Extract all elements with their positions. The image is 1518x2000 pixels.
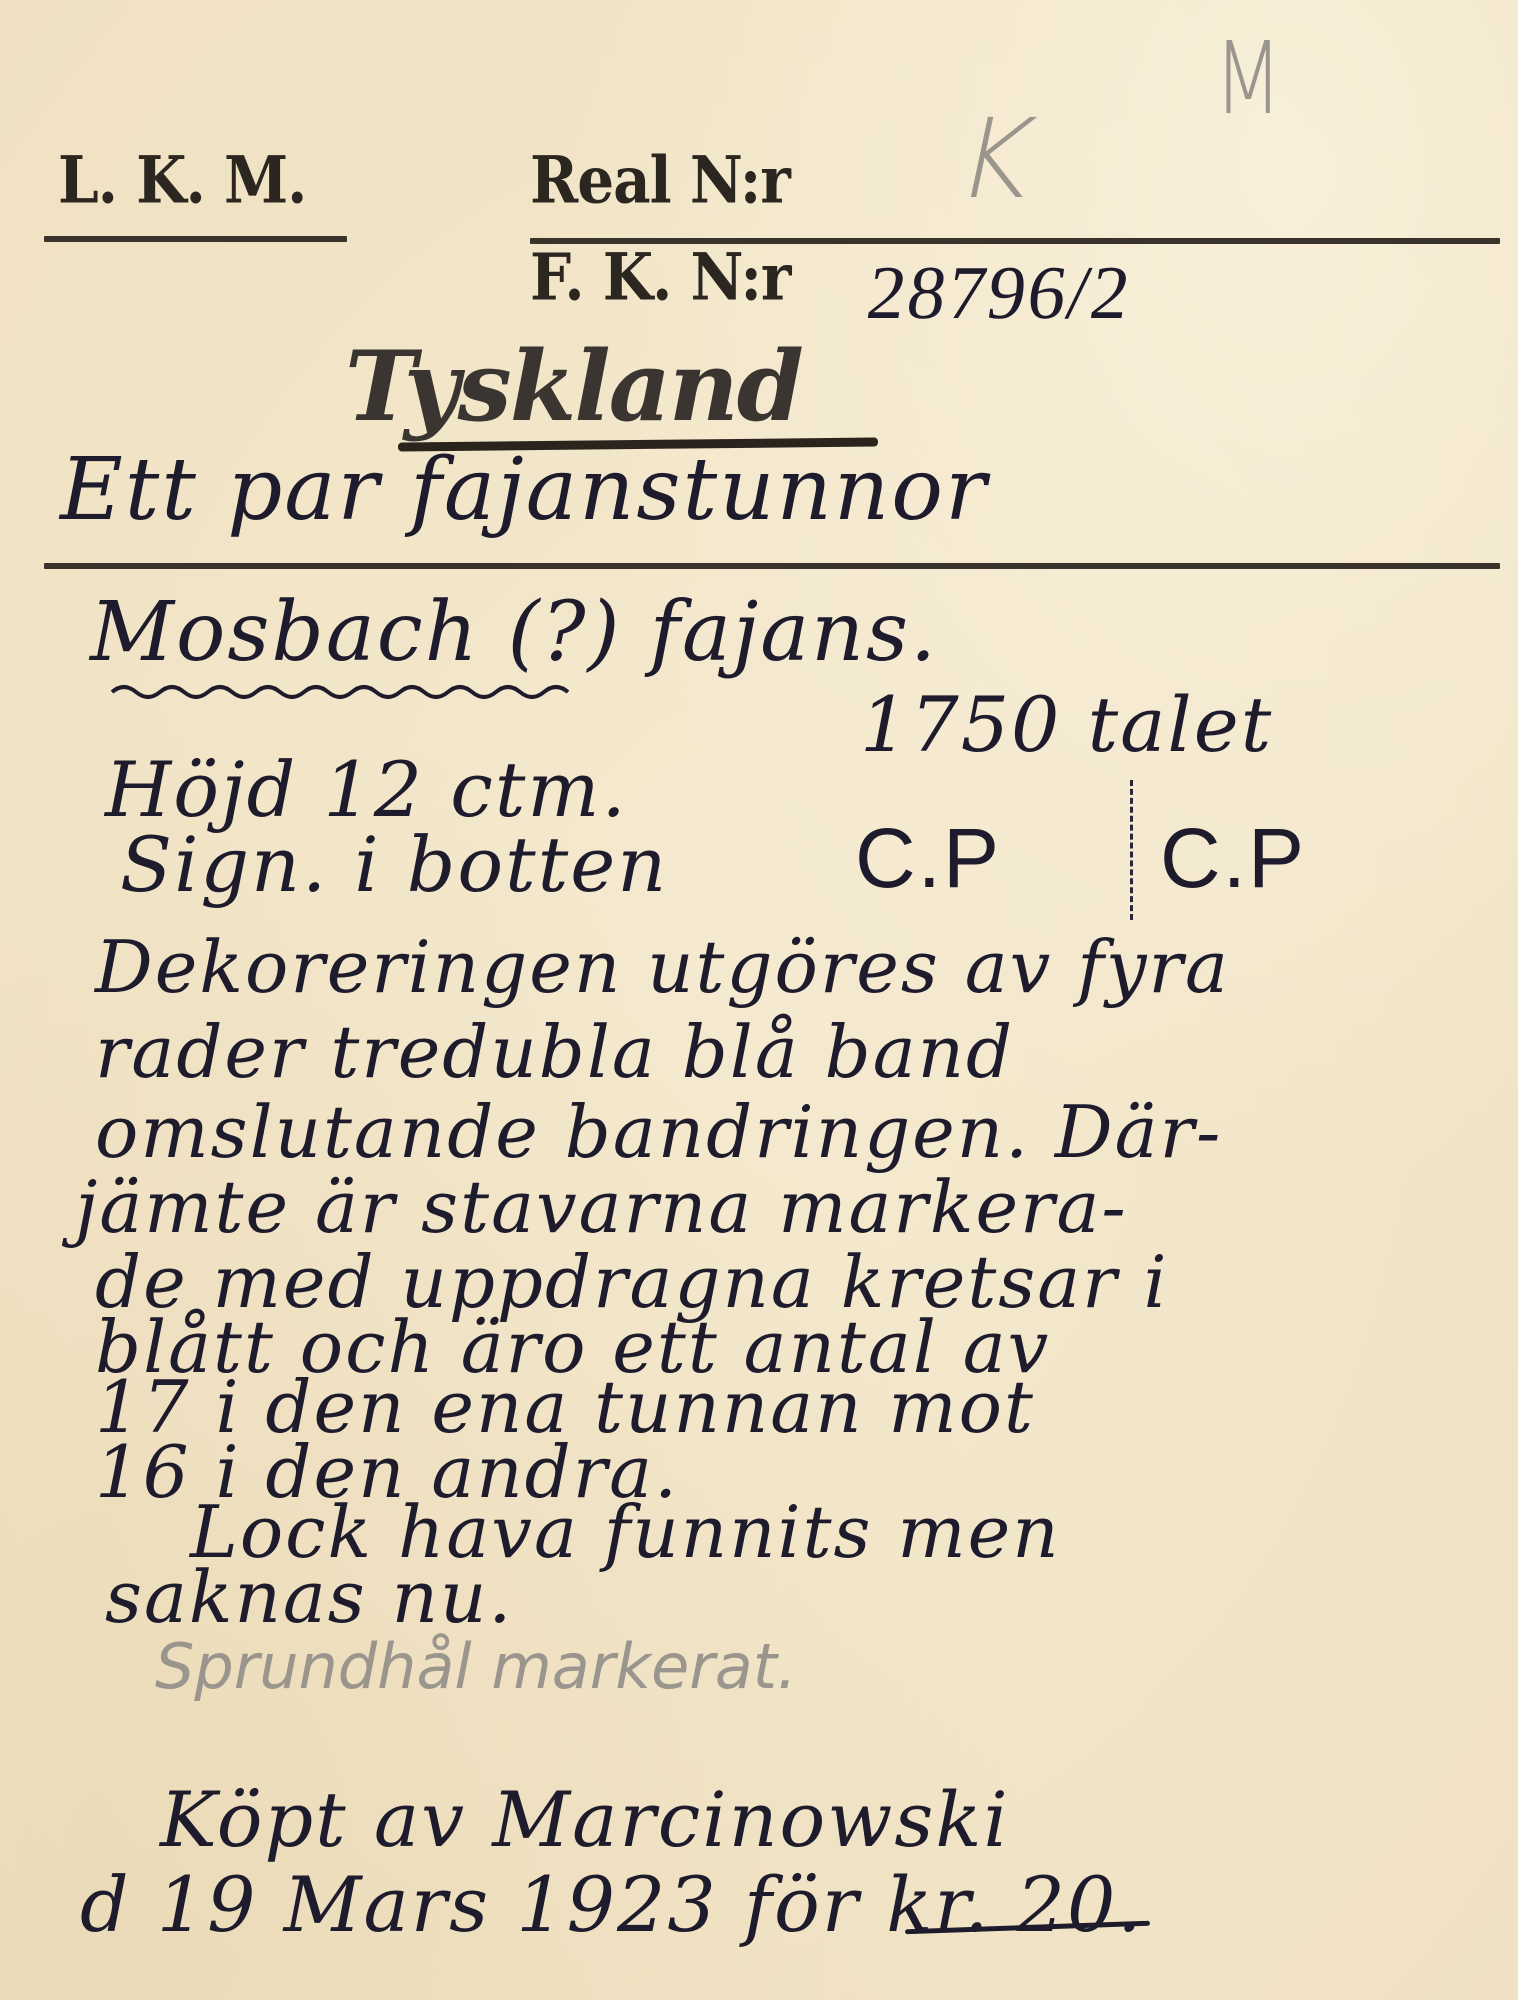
description-line: saknas nu.: [105, 1555, 513, 1639]
catalog-card: L. K. M. Real N:r K M F. K. N:r 28796/2 …: [0, 0, 1518, 2000]
signature-label: Sign. i botten: [120, 820, 668, 909]
description-line: Dekoreringen utgöres av fyra: [95, 925, 1230, 1009]
object-name-rule: [44, 563, 1500, 569]
real-nr-label: Real N:r: [530, 142, 790, 218]
signature-mark-1: C.P: [855, 810, 1001, 907]
lkm-underline: [44, 236, 347, 242]
description-line: rader tredubla blå band: [95, 1010, 1014, 1094]
country-heading: Tyskland: [345, 330, 802, 443]
description-line: omslutande bandringen. Där-: [95, 1090, 1222, 1174]
signature-mark-2: C.P: [1160, 810, 1306, 907]
purchase-line-2: d 19 Mars 1923 för kr. 20.: [80, 1860, 1143, 1949]
signature-separator: [1130, 780, 1133, 920]
object-name: Ett par fajanstunnor: [60, 440, 988, 540]
purchase-line-1: Köpt av Marcinowski: [160, 1775, 1010, 1864]
fk-nr-value: 28796/2: [862, 250, 1137, 337]
lkm-label: L. K. M.: [58, 142, 306, 218]
wavy-underline-icon: [110, 680, 580, 702]
fk-nr-label: F. K. N:r: [530, 239, 790, 315]
origin-text: Mosbach (?) fajans.: [90, 585, 938, 680]
period-text: 1750 talet: [860, 680, 1273, 769]
pencil-mark-k: K: [946, 95, 1045, 223]
pencil-mark-m: M: [1214, 20, 1283, 137]
description-line: jämte är stavarna markera-: [75, 1165, 1128, 1249]
pencil-note: Sprundhål markerat.: [155, 1630, 797, 1703]
